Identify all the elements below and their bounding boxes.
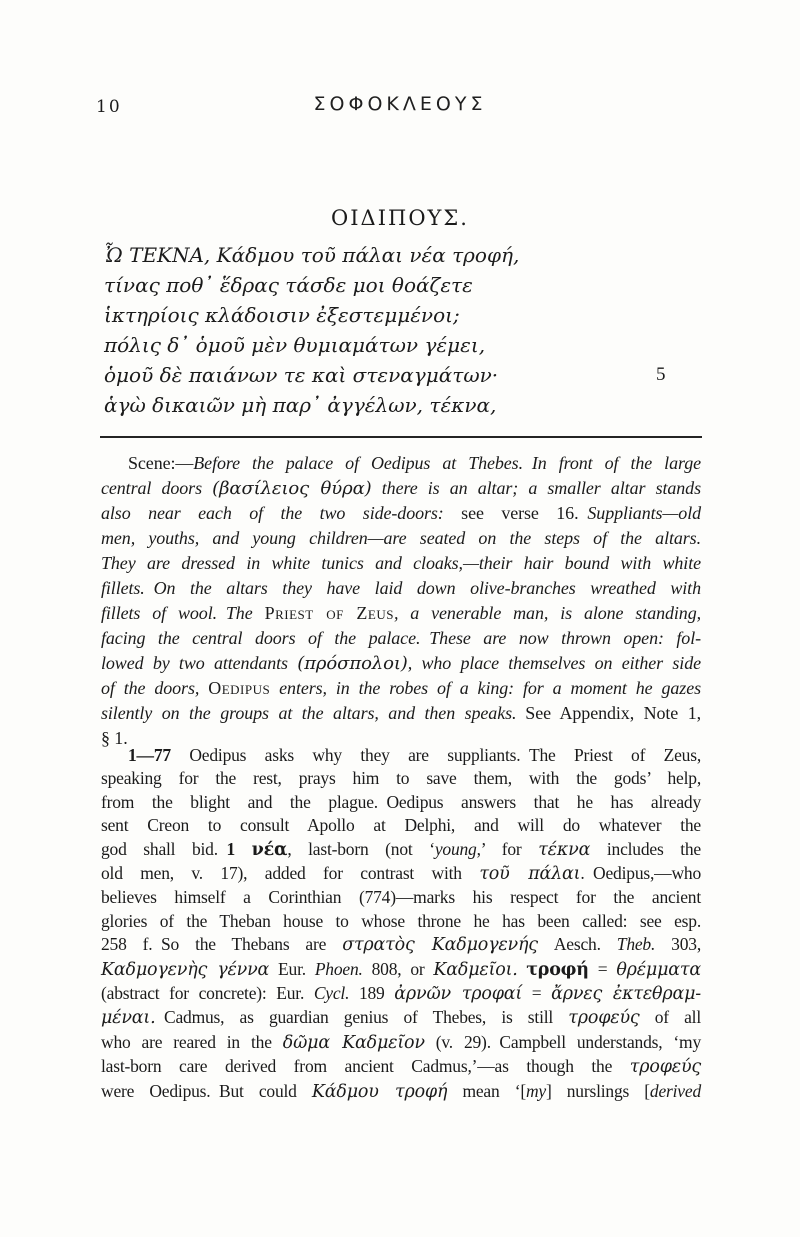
text-run: who are reared in the xyxy=(101,1032,283,1052)
verse-line: ἱκτηρίοις κλάδοισιν ἐξεστεμμένοι; xyxy=(104,300,674,330)
text-line: 258 f. So the Thebans are στρατὸς Καδμογ… xyxy=(101,933,701,957)
verse-text: ὁμοῦ δὲ παιάνων τε καὶ στεναγμάτων· xyxy=(104,363,498,387)
text-run: from the blight and the plague. Oedipus … xyxy=(101,792,701,812)
text-run: νέα xyxy=(252,840,288,860)
text-run: 1—77 xyxy=(128,745,171,765)
text-run: ἀρνῶν τροφαί xyxy=(394,984,522,1004)
text-run: also near each of the two side-doors: xyxy=(101,503,461,523)
verse-text: ἱκτηρίοις κλάδοισιν ἐξεστεμμένοι; xyxy=(104,303,460,327)
text-run: τοῦ πάλαι xyxy=(479,864,580,884)
text-run: fillets of wool. The xyxy=(101,603,265,623)
verse-text: πόλις δ᾽ ὁμοῦ μὲν θυμιαμάτων γέμει, xyxy=(104,333,485,357)
text-run: derived xyxy=(650,1081,701,1101)
scene-description: Scene:—Before the palace of Oedipus at T… xyxy=(101,451,701,751)
text-run: Scene:— xyxy=(128,453,193,473)
text-run xyxy=(518,959,527,979)
text-run: Cadmus, as guardian genius of Thebes, is… xyxy=(155,1007,568,1027)
text-line: glories of the Theban house to whose thr… xyxy=(101,910,701,933)
commentary-paragraph: 1—77 Oedipus asks why they are suppliant… xyxy=(101,744,701,1104)
text-run: of the doors, xyxy=(101,678,208,698)
text-line: silently on the groups at the altars, an… xyxy=(101,701,701,726)
text-line: lowed by two attendants (πρόσπολοι), who… xyxy=(101,651,701,676)
text-line: sent Creon to consult Apollo at Delphi, … xyxy=(101,814,701,837)
text-run: δῶμα Καδμεῖον xyxy=(283,1033,425,1053)
text-line: speaking for the rest, prays him to save… xyxy=(101,767,701,790)
text-run: fillets. On the altars they have laid do… xyxy=(101,578,701,598)
text-run: Oedipus asks why they are suppliants. Th… xyxy=(171,745,701,765)
text-line: They are dressed in white tunics and clo… xyxy=(101,551,701,576)
text-line: old men, v. 17), added for contrast with… xyxy=(101,862,701,886)
text-run: 808, or xyxy=(363,959,434,979)
text-line: of the doors, Oedipus enters, in the rob… xyxy=(101,676,701,701)
text-run: Oedipus xyxy=(208,678,270,698)
play-title: ΟΙΔΙΠΟΥΣ. xyxy=(0,206,800,230)
verse-line: ὁμοῦ δὲ παιάνων τε καὶ στεναγμάτων·5 xyxy=(104,360,674,390)
text-line: also near each of the two side-doors: se… xyxy=(101,501,701,526)
text-run: μέναι. xyxy=(101,1008,155,1028)
text-run: see verse 16. xyxy=(461,503,587,523)
text-line: fillets. On the altars they have laid do… xyxy=(101,576,701,601)
text-run: 1 xyxy=(226,839,251,859)
verse-line: ἁγὼ δικαιῶν μὴ παρ᾽ ἀγγέλων, τέκνα, xyxy=(104,390,674,420)
text-run: 303, xyxy=(655,934,701,954)
text-run: speaking for the rest, prays him to save… xyxy=(101,768,701,788)
book-page: 10 ΣΟΦΟΚΛΕΟΥΣ ΟΙΔΙΠΟΥΣ. Ὦ ΤΕΚΝΑ, Κάδμου … xyxy=(0,0,800,1237)
text-run: = xyxy=(522,983,551,1003)
text-line: 1—77 Oedipus asks why they are suppliant… xyxy=(101,744,701,767)
text-run: there is an altar; a smaller altar stand… xyxy=(372,478,701,498)
text-line: fillets of wool. The Priest of Zeus, a v… xyxy=(101,601,701,626)
text-line: believes himself a Corinthian (774)—mark… xyxy=(101,886,701,909)
text-run: Before the palace of Oedipus at Thebes. … xyxy=(193,453,701,473)
text-run: , a venerable man, is alone standing, xyxy=(394,603,701,623)
verse-line: τίνας ποθ᾽ ἕδρας τάσδε μοι θοάζετε xyxy=(104,270,674,300)
text-line: μέναι. Cadmus, as guardian genius of The… xyxy=(101,1006,701,1030)
text-run: 189 xyxy=(349,983,394,1003)
divider-rule xyxy=(100,436,702,438)
text-run: Καδμογενὴς γέννα xyxy=(101,960,269,980)
text-run: ἄρνες ἐκτεθραμ- xyxy=(551,984,701,1004)
text-run: old men, v. 17), added for contrast with xyxy=(101,863,479,883)
text-run: Eur. xyxy=(269,959,315,979)
text-run: (βασίλειος θύρα) xyxy=(212,478,371,499)
text-run: god shall bid. xyxy=(101,839,226,859)
text-line: were Oedipus. But could Κάδμου τροφή mea… xyxy=(101,1080,701,1104)
text-line: Scene:—Before the palace of Oedipus at T… xyxy=(101,451,701,476)
text-run: . Oedipus,—who xyxy=(580,863,701,883)
text-run: στρατὸς Καδμογενής xyxy=(342,935,538,955)
text-line: last-born care derived from ancient Cadm… xyxy=(101,1055,701,1079)
text-line: men, youths, and young children—are seat… xyxy=(101,526,701,551)
verse-line: Ὦ ΤΕΚΝΑ, Κάδμου τοῦ πάλαι νέα τροφή, xyxy=(104,240,674,270)
text-run: They are dressed in white tunics and clo… xyxy=(101,553,701,573)
text-line: central doors (βασίλειος θύρα) there is … xyxy=(101,476,701,501)
verse-line: πόλις δ᾽ ὁμοῦ μὲν θυμιαμάτων γέμει, xyxy=(104,330,674,360)
text-run: were Oedipus. But could xyxy=(101,1081,312,1101)
text-run: my xyxy=(526,1081,546,1101)
verse-text: τίνας ποθ᾽ ἕδρας τάσδε μοι θοάζετε xyxy=(104,273,473,297)
text-line: Καδμογενὴς γέννα Eur. Phoen. 808, or Καδ… xyxy=(101,958,701,982)
text-run: lowed by two attendants xyxy=(101,653,297,673)
text-run: silently on the groups at the altars, an… xyxy=(101,703,525,723)
text-run: See Appendix, Note 1, xyxy=(525,703,701,723)
text-run: last-born care derived from ancient Cadm… xyxy=(101,1056,630,1076)
text-run: θρέμματα xyxy=(616,960,701,980)
text-run: ] nurslings [ xyxy=(546,1081,650,1101)
text-run: τέκνα xyxy=(538,840,590,860)
text-run: (abstract for concrete): Eur. xyxy=(101,983,314,1003)
text-run: τροφή xyxy=(526,960,589,980)
verse-text: ἁγὼ δικαιῶν μὴ παρ᾽ ἀγγέλων, τέκνα, xyxy=(104,393,496,417)
verse-line-number: 5 xyxy=(656,360,666,390)
text-line: from the blight and the plague. Oedipus … xyxy=(101,791,701,814)
text-run: Καδμεῖοι. xyxy=(433,960,517,980)
text-run: Aesch. xyxy=(538,934,617,954)
running-title: ΣΟΦΟΚΛΕΟΥΣ xyxy=(0,93,800,115)
text-run: mean ‘[ xyxy=(447,1081,526,1101)
text-run: men, youths, and young children—are seat… xyxy=(101,528,701,548)
text-line: who are reared in the δῶμα Καδμεῖον (v. … xyxy=(101,1031,701,1055)
text-run: sent Creon to consult Apollo at Delphi, … xyxy=(101,815,701,835)
text-run: τροφεύς xyxy=(568,1008,639,1028)
text-run: believes himself a Corinthian (774)—mark… xyxy=(101,887,701,907)
text-run: includes the xyxy=(590,839,701,859)
text-run: , who place themselves on either side xyxy=(408,653,701,673)
text-run: 258 f. So the Thebans are xyxy=(101,934,342,954)
text-run: (v. 29). Campbell understands, ‘my xyxy=(425,1032,701,1052)
text-run: Κάδμου τροφή xyxy=(312,1082,447,1102)
text-run: Suppliants—old xyxy=(587,503,701,523)
text-run: central doors xyxy=(101,478,212,498)
text-run: (πρόσπολοι) xyxy=(297,653,407,674)
text-run: of all xyxy=(640,1007,702,1027)
text-line: facing the central doors of the palace. … xyxy=(101,626,701,651)
text-line: god shall bid. 1 νέα, last-born (not ‘yo… xyxy=(101,838,701,862)
text-run: Phoen. xyxy=(315,959,363,979)
text-run: facing the central doors of the palace. … xyxy=(101,628,701,648)
text-run: τροφεύς xyxy=(630,1057,701,1077)
text-run: glories of the Theban house to whose thr… xyxy=(101,911,701,931)
text-run: ,’ for xyxy=(477,839,539,859)
text-run: , last-born (not ‘ xyxy=(287,839,435,859)
text-run: enters, in the robes of a king: for a mo… xyxy=(270,678,701,698)
text-run: = xyxy=(589,959,616,979)
text-run: Cycl. xyxy=(314,983,349,1003)
verse-text: Ὦ ΤΕΚΝΑ, Κάδμου τοῦ πάλαι νέα τροφή, xyxy=(104,243,519,267)
text-line: (abstract for concrete): Eur. Cycl. 189 … xyxy=(101,982,701,1006)
text-run: young xyxy=(435,839,477,859)
greek-verse-block: Ὦ ΤΕΚΝΑ, Κάδμου τοῦ πάλαι νέα τροφή,τίνα… xyxy=(104,240,674,420)
text-run: Priest of Zeus xyxy=(265,603,394,623)
text-run: Theb. xyxy=(617,934,655,954)
